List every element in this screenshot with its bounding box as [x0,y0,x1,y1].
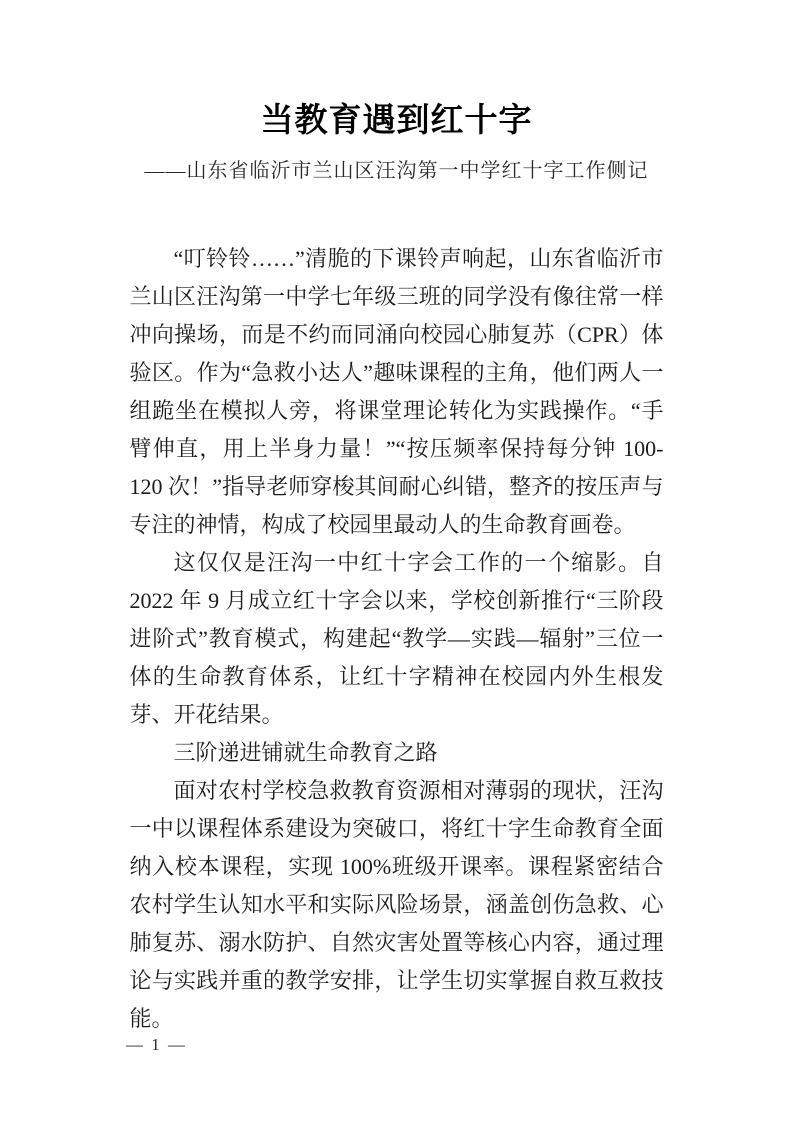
document-page: 当教育遇到红十字 ——山东省临沂市兰山区汪沟第一中学红十字工作侧记 “叮铃铃……… [0,0,793,1122]
document-body: “叮铃铃……”清脆的下课铃声响起，山东省临沂市兰山区汪沟第一中学七年级三班的同学… [130,240,664,1038]
document-title: 当教育遇到红十字 [0,0,793,142]
paragraph-2: 这仅仅是汪沟一中红十字会工作的一个缩影。自 2022 年 9 月成立红十字会以来… [130,544,664,734]
section-heading: 三阶递进铺就生命教育之路 [130,734,664,772]
document-subtitle: ——山东省临沂市兰山区汪沟第一中学红十字工作侧记 [0,158,793,184]
paragraph-1: “叮铃铃……”清脆的下课铃声响起，山东省临沂市兰山区汪沟第一中学七年级三班的同学… [130,240,664,544]
paragraph-3: 面对农村学校急救教育资源相对薄弱的现状，汪沟一中以课程体系建设为突破口，将红十字… [130,772,664,1038]
page-number: — 1 — [126,1035,187,1055]
